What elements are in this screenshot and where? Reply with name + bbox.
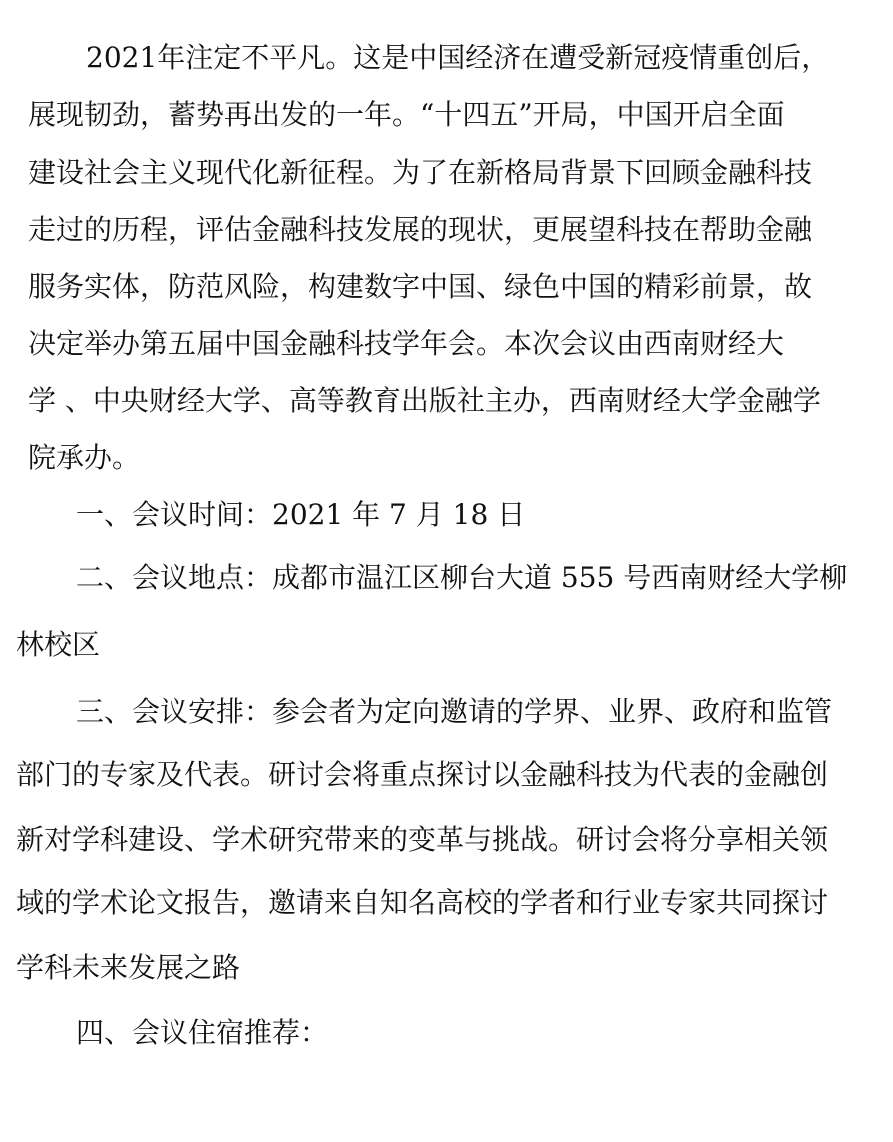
intro-line: 2021年注定不平凡。这是中国经济在遭受新冠疫情重创后， — [86, 41, 829, 75]
meeting-location-line: 林校区 — [16, 628, 100, 662]
intro-line: 服务实体，防范风险，构建数字中国、绿色中国的精彩前景，故 — [28, 270, 812, 304]
meeting-time-line: 一、会议时间：2021 年 7 月 18 日 — [76, 498, 525, 532]
meeting-arrangement-line: 学科未来发展之路 — [16, 951, 240, 985]
intro-line: 建设社会主义现代化新征程。为了在新格局背景下回顾金融科技 — [28, 156, 812, 190]
meeting-location-line: 二、会议地点：成都市温江区柳台大道 555 号西南财经大学柳 — [76, 561, 847, 595]
intro-line: 走过的历程，评估金融科技发展的现状，更展望科技在帮助金融 — [28, 213, 812, 247]
intro-line: 决定举办第五届中国金融科技学年会。本次会议由西南财经大 — [28, 327, 784, 361]
accommodation-heading: 四、会议住宿推荐： — [76, 1016, 328, 1050]
meeting-arrangement-line: 部门的专家及代表。研讨会将重点探讨以金融科技为代表的金融创 — [16, 758, 828, 792]
intro-line: 学 、中央财经大学、高等教育出版社主办，西南财经大学金融学 — [28, 384, 821, 418]
document-page: 2021年注定不平凡。这是中国经济在遭受新冠疫情重创后， 展现韧劲，蓄势再出发的… — [0, 0, 893, 1142]
meeting-arrangement-line: 三、会议安排：参会者为定向邀请的学界、业界、政府和监管 — [76, 695, 832, 729]
intro-line: 展现韧劲，蓄势再出发的一年。“十四五”开局，中国开启全面 — [28, 98, 785, 132]
meeting-arrangement-line: 域的学术论文报告，邀请来自知名高校的学者和行业专家共同探讨 — [16, 886, 828, 920]
intro-line: 院承办。 — [28, 441, 140, 475]
meeting-arrangement-line: 新对学科建设、学术研究带来的变革与挑战。研讨会将分享相关领 — [16, 823, 828, 857]
